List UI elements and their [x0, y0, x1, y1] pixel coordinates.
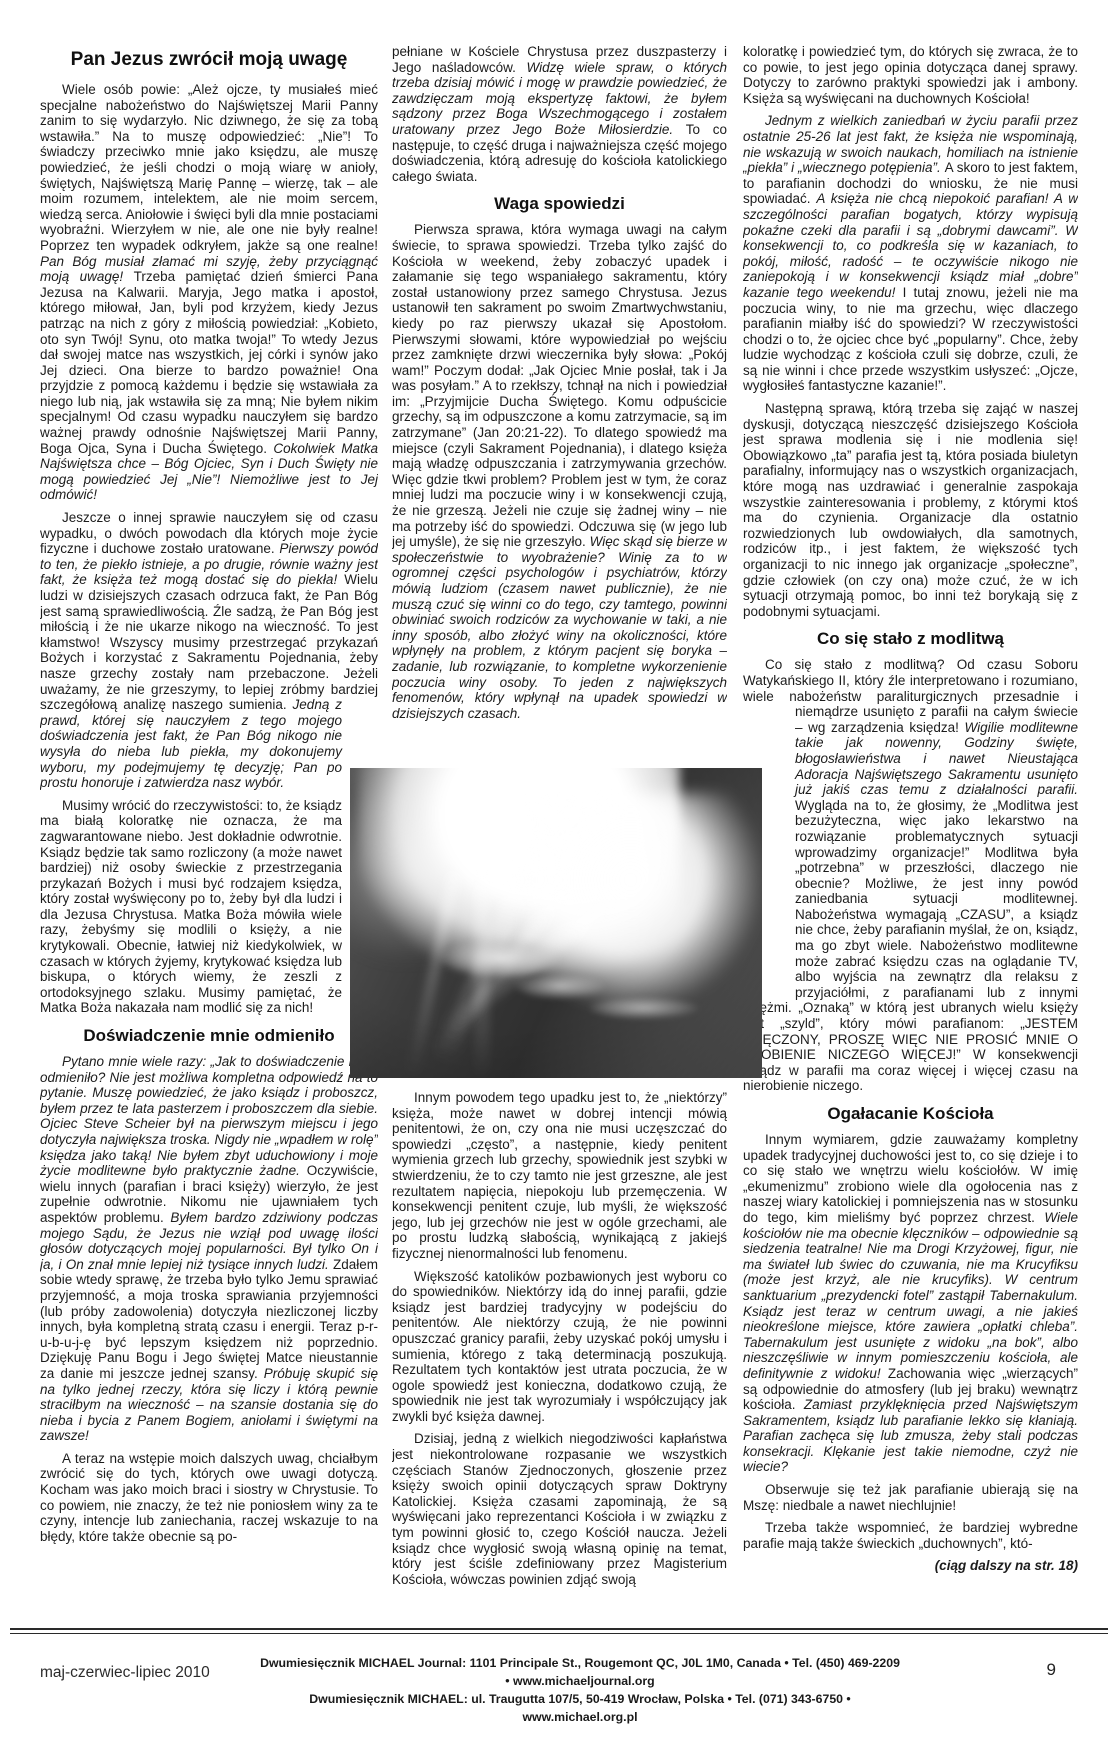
- paragraph: Co się stało z modlitwą? Od czasu Soboru…: [743, 657, 1078, 1094]
- body-text: Trzeba także wspomnieć, że bardziej wybr…: [743, 1520, 1078, 1551]
- footer-divider: [10, 1628, 1108, 1634]
- body-text: Obserwuje się też jak parafianie ubieraj…: [743, 1482, 1078, 1513]
- body-text: Zdałem sobie wtedy sprawę, że trzeba był…: [40, 1257, 378, 1381]
- paragraph: Jednym z wielkich zaniedbań w życiu para…: [743, 113, 1078, 394]
- page-number: 9: [1047, 1660, 1056, 1680]
- body-text: Musimy wrócić do rzeczywistości: to, że …: [40, 798, 342, 1016]
- paragraph: pełniane w Kościele Chrystusa przez dusz…: [392, 44, 727, 184]
- continuation-note: (ciąg dalszy na str. 18): [743, 1558, 1078, 1574]
- paragraph: Innym powodem tego upadku jest to, że „n…: [392, 1090, 727, 1262]
- emphasized-text: Więc skąd się bierze w społeczeństwie to…: [392, 534, 727, 721]
- sun-through-clouds-photo: [350, 768, 762, 1078]
- body-text: koloratkę i powiedzieć tym, do których s…: [743, 44, 1078, 106]
- body-text: A teraz na wstępie moich dalszych uwag, …: [40, 1451, 378, 1544]
- footer: maj-czerwiec-lipiec 2010 Dwumiesięcznik …: [0, 1648, 1118, 1718]
- body-text: Wielu ludzi w dzisiejszych czasach odrzu…: [40, 572, 378, 712]
- article-column-1: Pan Jezus zwrócił moją uwagęWiele osób p…: [40, 44, 378, 1620]
- paragraph: Trzeba także wspomnieć, że bardziej wybr…: [743, 1520, 1078, 1551]
- paragraph: Pierwsza sprawa, która wymaga uwagi na c…: [392, 222, 727, 721]
- issue-date: maj-czerwiec-lipiec 2010: [40, 1664, 210, 1682]
- paragraph: Pytano mnie wiele razy: „Jak to doświadc…: [40, 1054, 378, 1444]
- section-heading: Doświadczenie mnie odmieniło: [40, 1025, 378, 1047]
- photo-vignette: [350, 768, 762, 1078]
- article-column-2-upper: pełniane w Kościele Chrystusa przez dusz…: [392, 44, 727, 766]
- body-text: Dzisiaj, jedną z wielkich niegodziwości …: [392, 1431, 727, 1586]
- emphasized-text: A księża nie chcą niepokoić parafian! A …: [743, 191, 1078, 300]
- body-text: I tutaj znowu, jeżeli nie ma poczucia wi…: [743, 285, 1078, 394]
- paragraph: Obserwuje się też jak parafianie ubieraj…: [743, 1482, 1078, 1513]
- article-column-3: koloratkę i powiedzieć tym, do których s…: [743, 44, 1078, 1620]
- article-title: Pan Jezus zwrócił moją uwagę: [40, 48, 378, 72]
- body-text: Innym wymiarem, gdzie zauważamy kompletn…: [743, 1132, 1078, 1225]
- body-text: Innym powodem tego upadku jest to, że „n…: [392, 1090, 727, 1261]
- body-text: Pierwsza sprawa, która wymaga uwagi na c…: [392, 222, 727, 549]
- body-text: Większość katolików pozbawionych jest wy…: [392, 1269, 727, 1424]
- paragraph: Wiele osób powie: „Ależ ojcze, ty musiał…: [40, 82, 378, 503]
- publisher-address-line-1: Dwumiesięcznik MICHAEL Journal: 1101 Pri…: [260, 1654, 900, 1690]
- paragraph: A teraz na wstępie moich dalszych uwag, …: [40, 1451, 378, 1545]
- paragraph: Większość katolików pozbawionych jest wy…: [392, 1269, 727, 1425]
- paragraph: Następną sprawą, którą trzeba się zająć …: [743, 401, 1078, 619]
- emphasized-text: Pytano mnie wiele razy: „Jak to doświadc…: [40, 1054, 378, 1178]
- section-heading: Co się stało z modlitwą: [743, 628, 1078, 650]
- paragraph: Innym wymiarem, gdzie zauważamy kompletn…: [743, 1132, 1078, 1475]
- section-heading: Ogałacanie Kościoła: [743, 1103, 1078, 1125]
- article-column-2-lower: Innym powodem tego upadku jest to, że „n…: [392, 1090, 727, 1620]
- body-text: Wygląda na to, że głosimy, że „Modlitwa …: [743, 798, 1078, 1094]
- publisher-address: Dwumiesięcznik MICHAEL Journal: 1101 Pri…: [260, 1654, 900, 1726]
- body-text: Co się stało z modlitwą? Od czasu Soboru…: [743, 657, 1078, 703]
- section-heading: Waga spowiedzi: [392, 193, 727, 215]
- paragraph: Jeszcze o innej sprawie nauczyłem się od…: [40, 510, 378, 791]
- body-text: (ciąg dalszy na str. 18): [935, 1558, 1078, 1573]
- emphasized-text: Wiele kościołów nie ma obecnie klęcznikó…: [743, 1210, 1078, 1381]
- paragraph: Dzisiaj, jedną z wielkich niegodziwości …: [392, 1431, 727, 1587]
- body-text: Wiele osób powie: „Ależ ojcze, ty musiał…: [40, 82, 378, 253]
- body-text: Trzeba pamiętać dzień śmierci Pana Jezus…: [40, 269, 378, 456]
- body-text: Następną sprawą, którą trzeba się zająć …: [743, 401, 1078, 619]
- newspaper-page: Pan Jezus zwrócił moją uwagęWiele osób p…: [0, 0, 1118, 1751]
- publisher-address-line-2: Dwumiesięcznik MICHAEL: ul. Traugutta 10…: [260, 1690, 900, 1726]
- paragraph: koloratkę i powiedzieć tym, do których s…: [743, 44, 1078, 106]
- paragraph: Musimy wrócić do rzeczywistości: to, że …: [40, 798, 378, 1016]
